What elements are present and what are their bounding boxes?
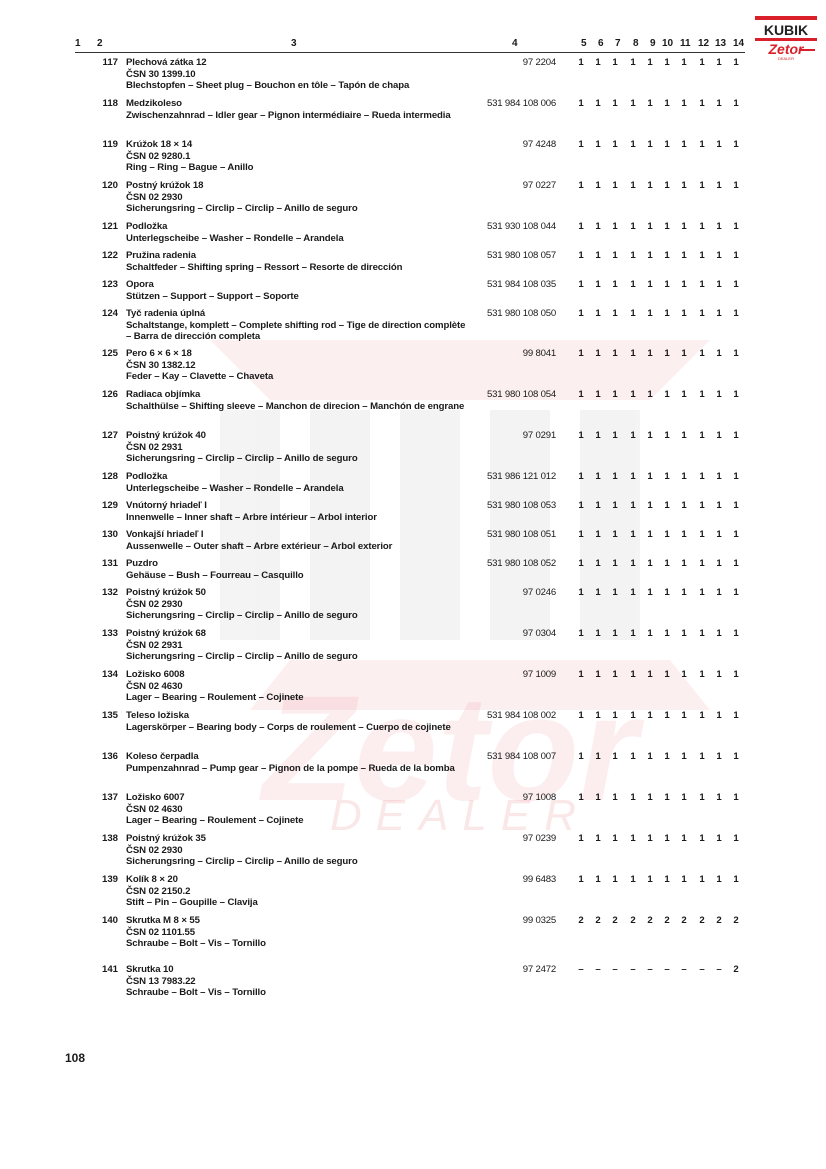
quantity-col-6: 1 [591, 139, 605, 151]
position-number: 134 [88, 669, 118, 681]
quantity-col-7: 1 [608, 751, 622, 763]
quantity-col-6: 1 [591, 558, 605, 570]
quantity-col-5: 1 [574, 669, 588, 681]
quantity-col-12: 1 [695, 389, 709, 401]
part-description: Kolík 8 × 20ČSN 02 2150.2Stift – Pin – G… [126, 874, 466, 909]
part-name: Koleso čerpadla [126, 751, 466, 763]
quantity-col-14: 1 [729, 180, 743, 192]
quantity-col-5: 1 [574, 558, 588, 570]
quantity-col-7: 1 [608, 874, 622, 886]
part-description-line: Sicherungsring – Circlip – Circlip – Ani… [126, 203, 466, 215]
quantity-col-5: 1 [574, 587, 588, 599]
quantity-col-10: 1 [660, 221, 674, 233]
quantity-col-8: – [626, 964, 640, 976]
quantity-col-10: 1 [660, 669, 674, 681]
quantity-col-13: 1 [712, 430, 726, 442]
quantity-col-12: 1 [695, 792, 709, 804]
part-name: Kolík 8 × 20 [126, 874, 466, 886]
quantity-col-8: 1 [626, 98, 640, 110]
quantity-col-9: 1 [643, 587, 657, 599]
part-number: 531 980 108 054 [440, 389, 556, 401]
part-name: Poistný krúžok 50 [126, 587, 466, 599]
part-number: 531 986 121 012 [440, 471, 556, 483]
col-1-header: 1 [75, 38, 81, 49]
part-description-line: Blechstopfen – Sheet plug – Bouchon en t… [126, 80, 466, 92]
position-number: 122 [88, 250, 118, 262]
quantity-col-12: 1 [695, 348, 709, 360]
part-name: Opora [126, 279, 466, 291]
part-description-line: Lagerskörper – Bearing body – Corps de r… [126, 722, 466, 734]
quantity-col-8: 1 [626, 587, 640, 599]
quantity-col-5: 1 [574, 833, 588, 845]
quantity-col-9: 1 [643, 180, 657, 192]
part-description: Ložisko 6008ČSN 02 4630Lager – Bearing –… [126, 669, 466, 704]
quantity-col-7: 1 [608, 833, 622, 845]
position-number: 135 [88, 710, 118, 722]
quantity-col-10: 2 [660, 915, 674, 927]
part-description-line: Aussenwelle – Outer shaft – Arbre extéri… [126, 541, 466, 553]
part-description: Koleso čerpadlaPumpenzahnrad – Pump gear… [126, 751, 466, 774]
part-number: 97 0291 [440, 430, 556, 442]
quantity-col-9: 1 [643, 221, 657, 233]
quantity-col-14: 1 [729, 250, 743, 262]
part-number: 97 0246 [440, 587, 556, 599]
quantity-col-14: 1 [729, 430, 743, 442]
part-description: Poistný krúžok 50ČSN 02 2930Sicherungsri… [126, 587, 466, 622]
quantity-col-8: 1 [626, 389, 640, 401]
quantity-col-7: 1 [608, 250, 622, 262]
quantity-col-5: 1 [574, 98, 588, 110]
quantity-col-8: 1 [626, 279, 640, 291]
quantity-col-8: 1 [626, 558, 640, 570]
position-number: 131 [88, 558, 118, 570]
quantity-col-5: 1 [574, 348, 588, 360]
part-number: 531 984 108 006 [440, 98, 556, 110]
part-description: PodložkaUnterlegscheibe – Washer – Ronde… [126, 471, 466, 494]
quantity-col-11: 1 [677, 874, 691, 886]
quantity-col-5: 1 [574, 221, 588, 233]
quantity-col-13: 1 [712, 389, 726, 401]
part-number: 97 2472 [440, 964, 556, 976]
part-description-line: ČSN 02 1101.55 [126, 927, 466, 939]
quantity-col-6: 1 [591, 669, 605, 681]
quantity-col-7: 1 [608, 180, 622, 192]
part-name: Poistný krúžok 40 [126, 430, 466, 442]
quantity-col-7: 1 [608, 139, 622, 151]
quantity-col-13: 1 [712, 139, 726, 151]
quantity-col-9: 1 [643, 710, 657, 722]
quantity-col-14: 2 [729, 915, 743, 927]
part-name: Medzikoleso [126, 98, 466, 110]
position-number: 136 [88, 751, 118, 763]
quantity-col-7: 1 [608, 669, 622, 681]
position-number: 128 [88, 471, 118, 483]
quantity-col-6: 1 [591, 308, 605, 320]
quantity-col-8: 1 [626, 833, 640, 845]
quantity-col-10: 1 [660, 628, 674, 640]
quantity-col-10: 1 [660, 98, 674, 110]
quantity-col-10: 1 [660, 500, 674, 512]
position-number: 132 [88, 587, 118, 599]
col-14-header: 14 [733, 38, 744, 49]
position-number: 126 [88, 389, 118, 401]
page-number: 108 [65, 1051, 85, 1065]
quantity-col-5: 1 [574, 430, 588, 442]
col-2-header: 2 [97, 38, 103, 49]
part-description-line: ČSN 02 2150.2 [126, 886, 466, 898]
quantity-col-11: 1 [677, 250, 691, 262]
quantity-col-10: 1 [660, 139, 674, 151]
part-description: Skrutka 10ČSN 13 7983.22Schraube – Bolt … [126, 964, 466, 999]
quantity-col-6: 1 [591, 180, 605, 192]
quantity-col-11: 1 [677, 710, 691, 722]
part-number: 531 980 108 057 [440, 250, 556, 262]
col-12-header: 12 [698, 38, 709, 49]
part-number: 97 0227 [440, 180, 556, 192]
part-description-line: Lager – Bearing – Roulement – Cojinete [126, 692, 466, 704]
part-number: 99 8041 [440, 348, 556, 360]
part-description: Poistný krúžok 40ČSN 02 2931Sicherungsri… [126, 430, 466, 465]
quantity-col-9: 1 [643, 669, 657, 681]
quantity-col-14: 1 [729, 348, 743, 360]
quantity-col-7: 1 [608, 529, 622, 541]
quantity-col-14: 1 [729, 389, 743, 401]
header-rule [75, 52, 745, 53]
quantity-col-7: 1 [608, 308, 622, 320]
part-name: Podložka [126, 471, 466, 483]
part-number: 97 1009 [440, 669, 556, 681]
quantity-col-11: 1 [677, 279, 691, 291]
part-description: Vnútorný hriadeľ IInnenwelle – Inner sha… [126, 500, 466, 523]
part-description-line: Pumpenzahnrad – Pump gear – Pignon de la… [126, 763, 466, 775]
part-description-line: Lager – Bearing – Roulement – Cojinete [126, 815, 466, 827]
position-number: 141 [88, 964, 118, 976]
quantity-col-11: 1 [677, 98, 691, 110]
quantity-col-5: 1 [574, 792, 588, 804]
quantity-col-14: 1 [729, 587, 743, 599]
quantity-col-6: – [591, 964, 605, 976]
quantity-col-6: 1 [591, 751, 605, 763]
part-description-line: Sicherungsring – Circlip – Circlip – Ani… [126, 856, 466, 868]
part-number: 531 984 108 007 [440, 751, 556, 763]
quantity-col-5: 1 [574, 250, 588, 262]
quantity-col-8: 1 [626, 348, 640, 360]
quantity-col-13: – [712, 964, 726, 976]
col-13-header: 13 [715, 38, 726, 49]
part-description-line: Sicherungsring – Circlip – Circlip – Ani… [126, 651, 466, 663]
part-number: 531 984 108 035 [440, 279, 556, 291]
quantity-col-13: 1 [712, 348, 726, 360]
quantity-col-14: 1 [729, 874, 743, 886]
quantity-col-12: 1 [695, 587, 709, 599]
part-description: Pero 6 × 6 × 18ČSN 30 1382.12Feder – Kay… [126, 348, 466, 383]
quantity-col-7: 1 [608, 57, 622, 69]
part-name: Vnútorný hriadeľ I [126, 500, 466, 512]
quantity-col-7: 1 [608, 628, 622, 640]
part-number: 97 0304 [440, 628, 556, 640]
part-number: 97 1008 [440, 792, 556, 804]
quantity-col-6: 1 [591, 833, 605, 845]
quantity-col-7: 1 [608, 558, 622, 570]
quantity-col-7: 1 [608, 98, 622, 110]
part-number: 97 4248 [440, 139, 556, 151]
quantity-col-9: 1 [643, 792, 657, 804]
quantity-col-14: 1 [729, 308, 743, 320]
quantity-col-12: 1 [695, 471, 709, 483]
quantity-col-13: 1 [712, 529, 726, 541]
part-description: Plechová zátka 12ČSN 30 1399.10Blechstop… [126, 57, 466, 92]
part-name: Puzdro [126, 558, 466, 570]
quantity-col-5: 1 [574, 874, 588, 886]
part-number: 97 0239 [440, 833, 556, 845]
position-number: 137 [88, 792, 118, 804]
quantity-col-9: 1 [643, 250, 657, 262]
part-description: PodložkaUnterlegscheibe – Washer – Ronde… [126, 221, 466, 244]
col-3-header: 3 [291, 38, 297, 49]
quantity-col-13: 1 [712, 833, 726, 845]
quantity-col-13: 1 [712, 221, 726, 233]
part-name: Skrutka 10 [126, 964, 466, 976]
part-description: Tyč radenia úplnáSchaltstange, komplett … [126, 308, 466, 343]
quantity-col-12: – [695, 964, 709, 976]
col-8-header: 8 [633, 38, 639, 49]
quantity-col-11: 1 [677, 669, 691, 681]
quantity-col-13: 1 [712, 558, 726, 570]
part-description: Vonkajší hriadeľ IAussenwelle – Outer sh… [126, 529, 466, 552]
quantity-col-5: 1 [574, 628, 588, 640]
quantity-col-10: 1 [660, 389, 674, 401]
part-description-line: ČSN 02 4630 [126, 681, 466, 693]
quantity-col-6: 1 [591, 221, 605, 233]
quantity-col-8: 1 [626, 529, 640, 541]
quantity-col-12: 1 [695, 221, 709, 233]
quantity-col-12: 1 [695, 98, 709, 110]
position-number: 139 [88, 874, 118, 886]
quantity-col-12: 1 [695, 874, 709, 886]
quantity-col-8: 1 [626, 874, 640, 886]
quantity-col-12: 1 [695, 500, 709, 512]
quantity-col-12: 2 [695, 915, 709, 927]
quantity-col-9: 1 [643, 874, 657, 886]
quantity-col-6: 1 [591, 389, 605, 401]
quantity-col-10: 1 [660, 57, 674, 69]
quantity-col-8: 1 [626, 500, 640, 512]
quantity-col-9: 1 [643, 389, 657, 401]
quantity-col-11: 1 [677, 558, 691, 570]
part-description-line: Stift – Pin – Goupille – Clavija [126, 897, 466, 909]
quantity-col-8: 1 [626, 250, 640, 262]
quantity-col-6: 1 [591, 587, 605, 599]
part-description-line: Schaltstange, komplett – Complete shifti… [126, 320, 466, 343]
quantity-col-10: 1 [660, 751, 674, 763]
quantity-col-5: 1 [574, 471, 588, 483]
quantity-col-8: 1 [626, 308, 640, 320]
quantity-col-5: – [574, 964, 588, 976]
quantity-col-7: 1 [608, 710, 622, 722]
quantity-col-7: 1 [608, 792, 622, 804]
quantity-col-6: 1 [591, 792, 605, 804]
quantity-col-6: 1 [591, 430, 605, 442]
position-number: 117 [88, 57, 118, 69]
quantity-col-5: 1 [574, 279, 588, 291]
part-number: 531 980 108 051 [440, 529, 556, 541]
quantity-col-11: 1 [677, 833, 691, 845]
part-description-line: ČSN 02 2931 [126, 640, 466, 652]
col-6-header: 6 [598, 38, 604, 49]
quantity-col-13: 1 [712, 669, 726, 681]
part-number: 99 6483 [440, 874, 556, 886]
quantity-col-8: 2 [626, 915, 640, 927]
part-description-line: Schalthülse – Shifting sleeve – Manchon … [126, 401, 466, 413]
quantity-col-5: 1 [574, 751, 588, 763]
position-number: 133 [88, 628, 118, 640]
part-description: Postný krúžok 18ČSN 02 2930Sicherungsrin… [126, 180, 466, 215]
part-description-line: ČSN 02 4630 [126, 804, 466, 816]
quantity-col-10: 1 [660, 587, 674, 599]
quantity-col-13: 1 [712, 587, 726, 599]
quantity-col-14: 1 [729, 751, 743, 763]
quantity-col-12: 1 [695, 751, 709, 763]
quantity-col-12: 1 [695, 139, 709, 151]
quantity-col-12: 1 [695, 279, 709, 291]
col-10-header: 10 [662, 38, 673, 49]
part-number: 531 980 108 050 [440, 308, 556, 320]
column-header: 1 2 3 4 5 6 7 8 9 10 11 12 13 14 [0, 38, 826, 52]
quantity-col-8: 1 [626, 710, 640, 722]
part-description-line: Sicherungsring – Circlip – Circlip – Ani… [126, 610, 466, 622]
quantity-col-11: 2 [677, 915, 691, 927]
quantity-col-5: 1 [574, 389, 588, 401]
quantity-col-10: 1 [660, 529, 674, 541]
part-description-line: ČSN 02 2930 [126, 192, 466, 204]
logo-kubik-text: KUBIK [764, 22, 808, 38]
quantity-col-6: 1 [591, 710, 605, 722]
part-description-line: ČSN 02 2931 [126, 442, 466, 454]
quantity-col-10: 1 [660, 558, 674, 570]
quantity-col-14: 2 [729, 964, 743, 976]
quantity-col-12: 1 [695, 308, 709, 320]
quantity-col-10: 1 [660, 710, 674, 722]
quantity-col-9: 1 [643, 98, 657, 110]
part-description-line: ČSN 30 1382.12 [126, 360, 466, 372]
quantity-col-10: 1 [660, 250, 674, 262]
quantity-col-8: 1 [626, 751, 640, 763]
part-name: Poistný krúžok 68 [126, 628, 466, 640]
quantity-col-6: 1 [591, 279, 605, 291]
position-number: 123 [88, 279, 118, 291]
quantity-col-9: 1 [643, 471, 657, 483]
quantity-col-5: 1 [574, 180, 588, 192]
quantity-col-13: 1 [712, 874, 726, 886]
quantity-col-13: 1 [712, 279, 726, 291]
position-number: 119 [88, 139, 118, 151]
quantity-col-6: 1 [591, 628, 605, 640]
quantity-col-14: 1 [729, 710, 743, 722]
position-number: 120 [88, 180, 118, 192]
quantity-col-13: 1 [712, 308, 726, 320]
quantity-col-10: 1 [660, 792, 674, 804]
quantity-col-6: 1 [591, 471, 605, 483]
quantity-col-11: 1 [677, 430, 691, 442]
quantity-col-8: 1 [626, 628, 640, 640]
position-number: 121 [88, 221, 118, 233]
part-description-line: Gehäuse – Bush – Fourreau – Casquillo [126, 570, 466, 582]
quantity-col-8: 1 [626, 669, 640, 681]
part-description-line: ČSN 13 7983.22 [126, 976, 466, 988]
quantity-col-10: 1 [660, 874, 674, 886]
quantity-col-10: 1 [660, 348, 674, 360]
quantity-col-11: 1 [677, 308, 691, 320]
part-name: Radiaca objímka [126, 389, 466, 401]
quantity-col-12: 1 [695, 180, 709, 192]
part-number: 97 2204 [440, 57, 556, 69]
part-name: Podložka [126, 221, 466, 233]
quantity-col-9: 1 [643, 833, 657, 845]
part-name: Pero 6 × 6 × 18 [126, 348, 466, 360]
quantity-col-11: 1 [677, 221, 691, 233]
part-description-line: Sicherungsring – Circlip – Circlip – Ani… [126, 453, 466, 465]
part-name: Teleso ložiska [126, 710, 466, 722]
quantity-col-12: 1 [695, 710, 709, 722]
part-description-line: ČSN 02 2930 [126, 599, 466, 611]
part-number: 531 980 108 052 [440, 558, 556, 570]
quantity-col-6: 1 [591, 874, 605, 886]
quantity-col-11: 1 [677, 500, 691, 512]
position-number: 138 [88, 833, 118, 845]
quantity-col-10: 1 [660, 279, 674, 291]
quantity-col-13: 1 [712, 792, 726, 804]
quantity-col-9: 1 [643, 628, 657, 640]
part-description-line: Unterlegscheibe – Washer – Rondelle – Ar… [126, 233, 466, 245]
quantity-col-5: 2 [574, 915, 588, 927]
quantity-col-7: 2 [608, 915, 622, 927]
quantity-col-6: 1 [591, 500, 605, 512]
quantity-col-6: 1 [591, 529, 605, 541]
quantity-col-13: 1 [712, 471, 726, 483]
part-description: Krúžok 18 × 14ČSN 02 9280.1Ring – Ring –… [126, 139, 466, 174]
quantity-col-9: 1 [643, 430, 657, 442]
part-description-line: Feder – Kay – Clavette – Chaveta [126, 371, 466, 383]
part-description-line: Schraube – Bolt – Vis – Tornillo [126, 938, 466, 950]
quantity-col-14: 1 [729, 558, 743, 570]
position-number: 125 [88, 348, 118, 360]
quantity-col-11: 1 [677, 57, 691, 69]
quantity-col-11: 1 [677, 348, 691, 360]
quantity-col-12: 1 [695, 669, 709, 681]
position-number: 140 [88, 915, 118, 927]
quantity-col-7: 1 [608, 221, 622, 233]
quantity-col-5: 1 [574, 308, 588, 320]
quantity-col-13: 1 [712, 98, 726, 110]
quantity-col-7: 1 [608, 587, 622, 599]
quantity-col-13: 1 [712, 710, 726, 722]
quantity-col-13: 1 [712, 628, 726, 640]
quantity-col-7: 1 [608, 500, 622, 512]
quantity-col-9: 1 [643, 500, 657, 512]
part-description-line: ČSN 30 1399.10 [126, 69, 466, 81]
part-description-line: Schraube – Bolt – Vis – Tornillo [126, 987, 466, 999]
quantity-col-12: 1 [695, 558, 709, 570]
quantity-col-8: 1 [626, 471, 640, 483]
quantity-col-13: 1 [712, 57, 726, 69]
quantity-col-5: 1 [574, 139, 588, 151]
quantity-col-9: 1 [643, 751, 657, 763]
quantity-col-11: 1 [677, 529, 691, 541]
quantity-col-14: 1 [729, 279, 743, 291]
quantity-col-11: – [677, 964, 691, 976]
quantity-col-8: 1 [626, 792, 640, 804]
part-name: Tyč radenia úplná [126, 308, 466, 320]
